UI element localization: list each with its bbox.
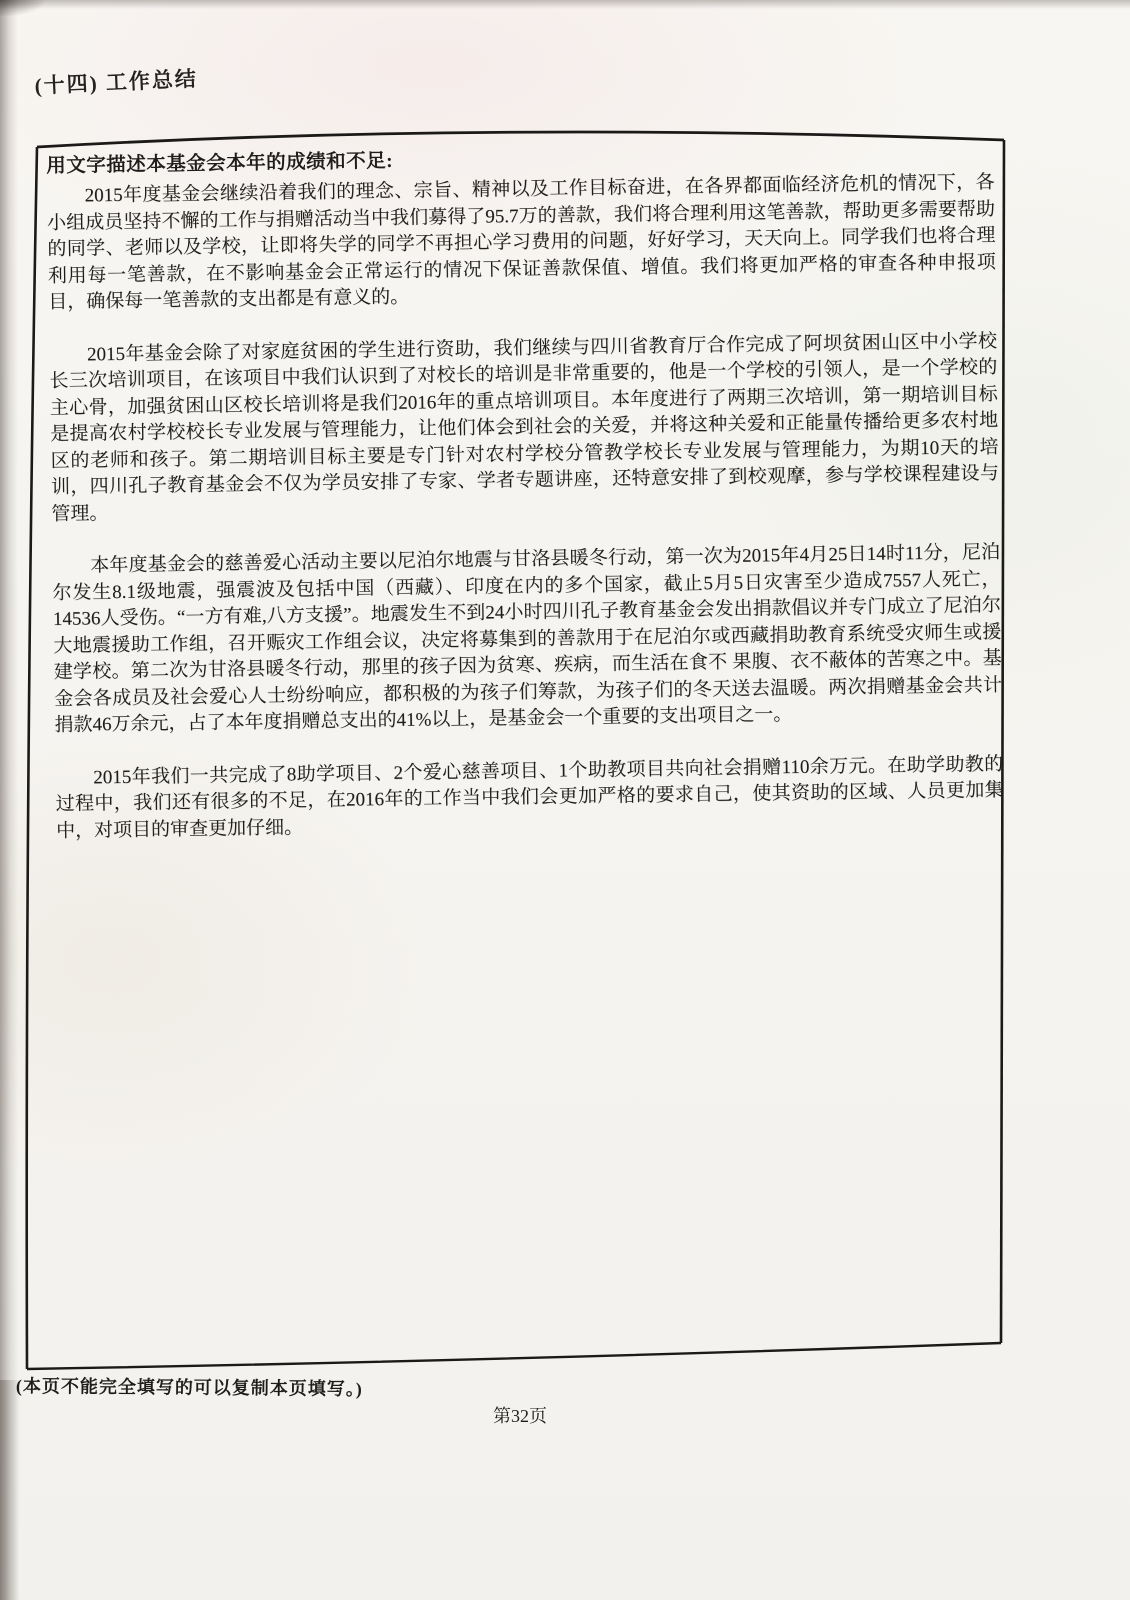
summary-paragraph-2: 2015年基金会除了对家庭贫困的学生进行资助，我们继续与四川省教育厅合作完成了阿…: [49, 328, 1000, 528]
section-heading: (十四) 工作总结: [34, 63, 198, 100]
scan-shadow-bottom-left: [0, 1380, 20, 1600]
summary-paragraph-1: 2015年度基金会继续沿着我们的理念、宗旨、精神以及工作目标奋进，在各界都面临经…: [47, 170, 997, 317]
copy-page-footnote: (本页不能完全填写的可以复制本页填写。): [16, 1372, 363, 1401]
scan-shadow-top-edge: [0, 0, 1130, 9]
summary-paragraph-4: 2015年我们一共完成了8助学项目、2个爱心慈善项目、1个助教项目共向社会捐赠1…: [55, 751, 1004, 845]
page-number: 第32页: [420, 1402, 620, 1428]
scan-shadow-left-edge: [0, 0, 18, 1600]
scan-shadow-top-left: [0, 0, 44, 16]
scanned-document-page: { "document": { "section_heading": "(十四)…: [0, 0, 1130, 1600]
summary-paragraph-3: 本年度基金会的慈善爱心活动主要以尼泊尔地震与甘洛县暖冬行动，第一次为2015年4…: [52, 540, 1003, 740]
summary-box: 用文字描述本基金会本年的成绩和不足: 2015年度基金会继续沿着我们的理念、宗旨…: [46, 136, 1005, 871]
